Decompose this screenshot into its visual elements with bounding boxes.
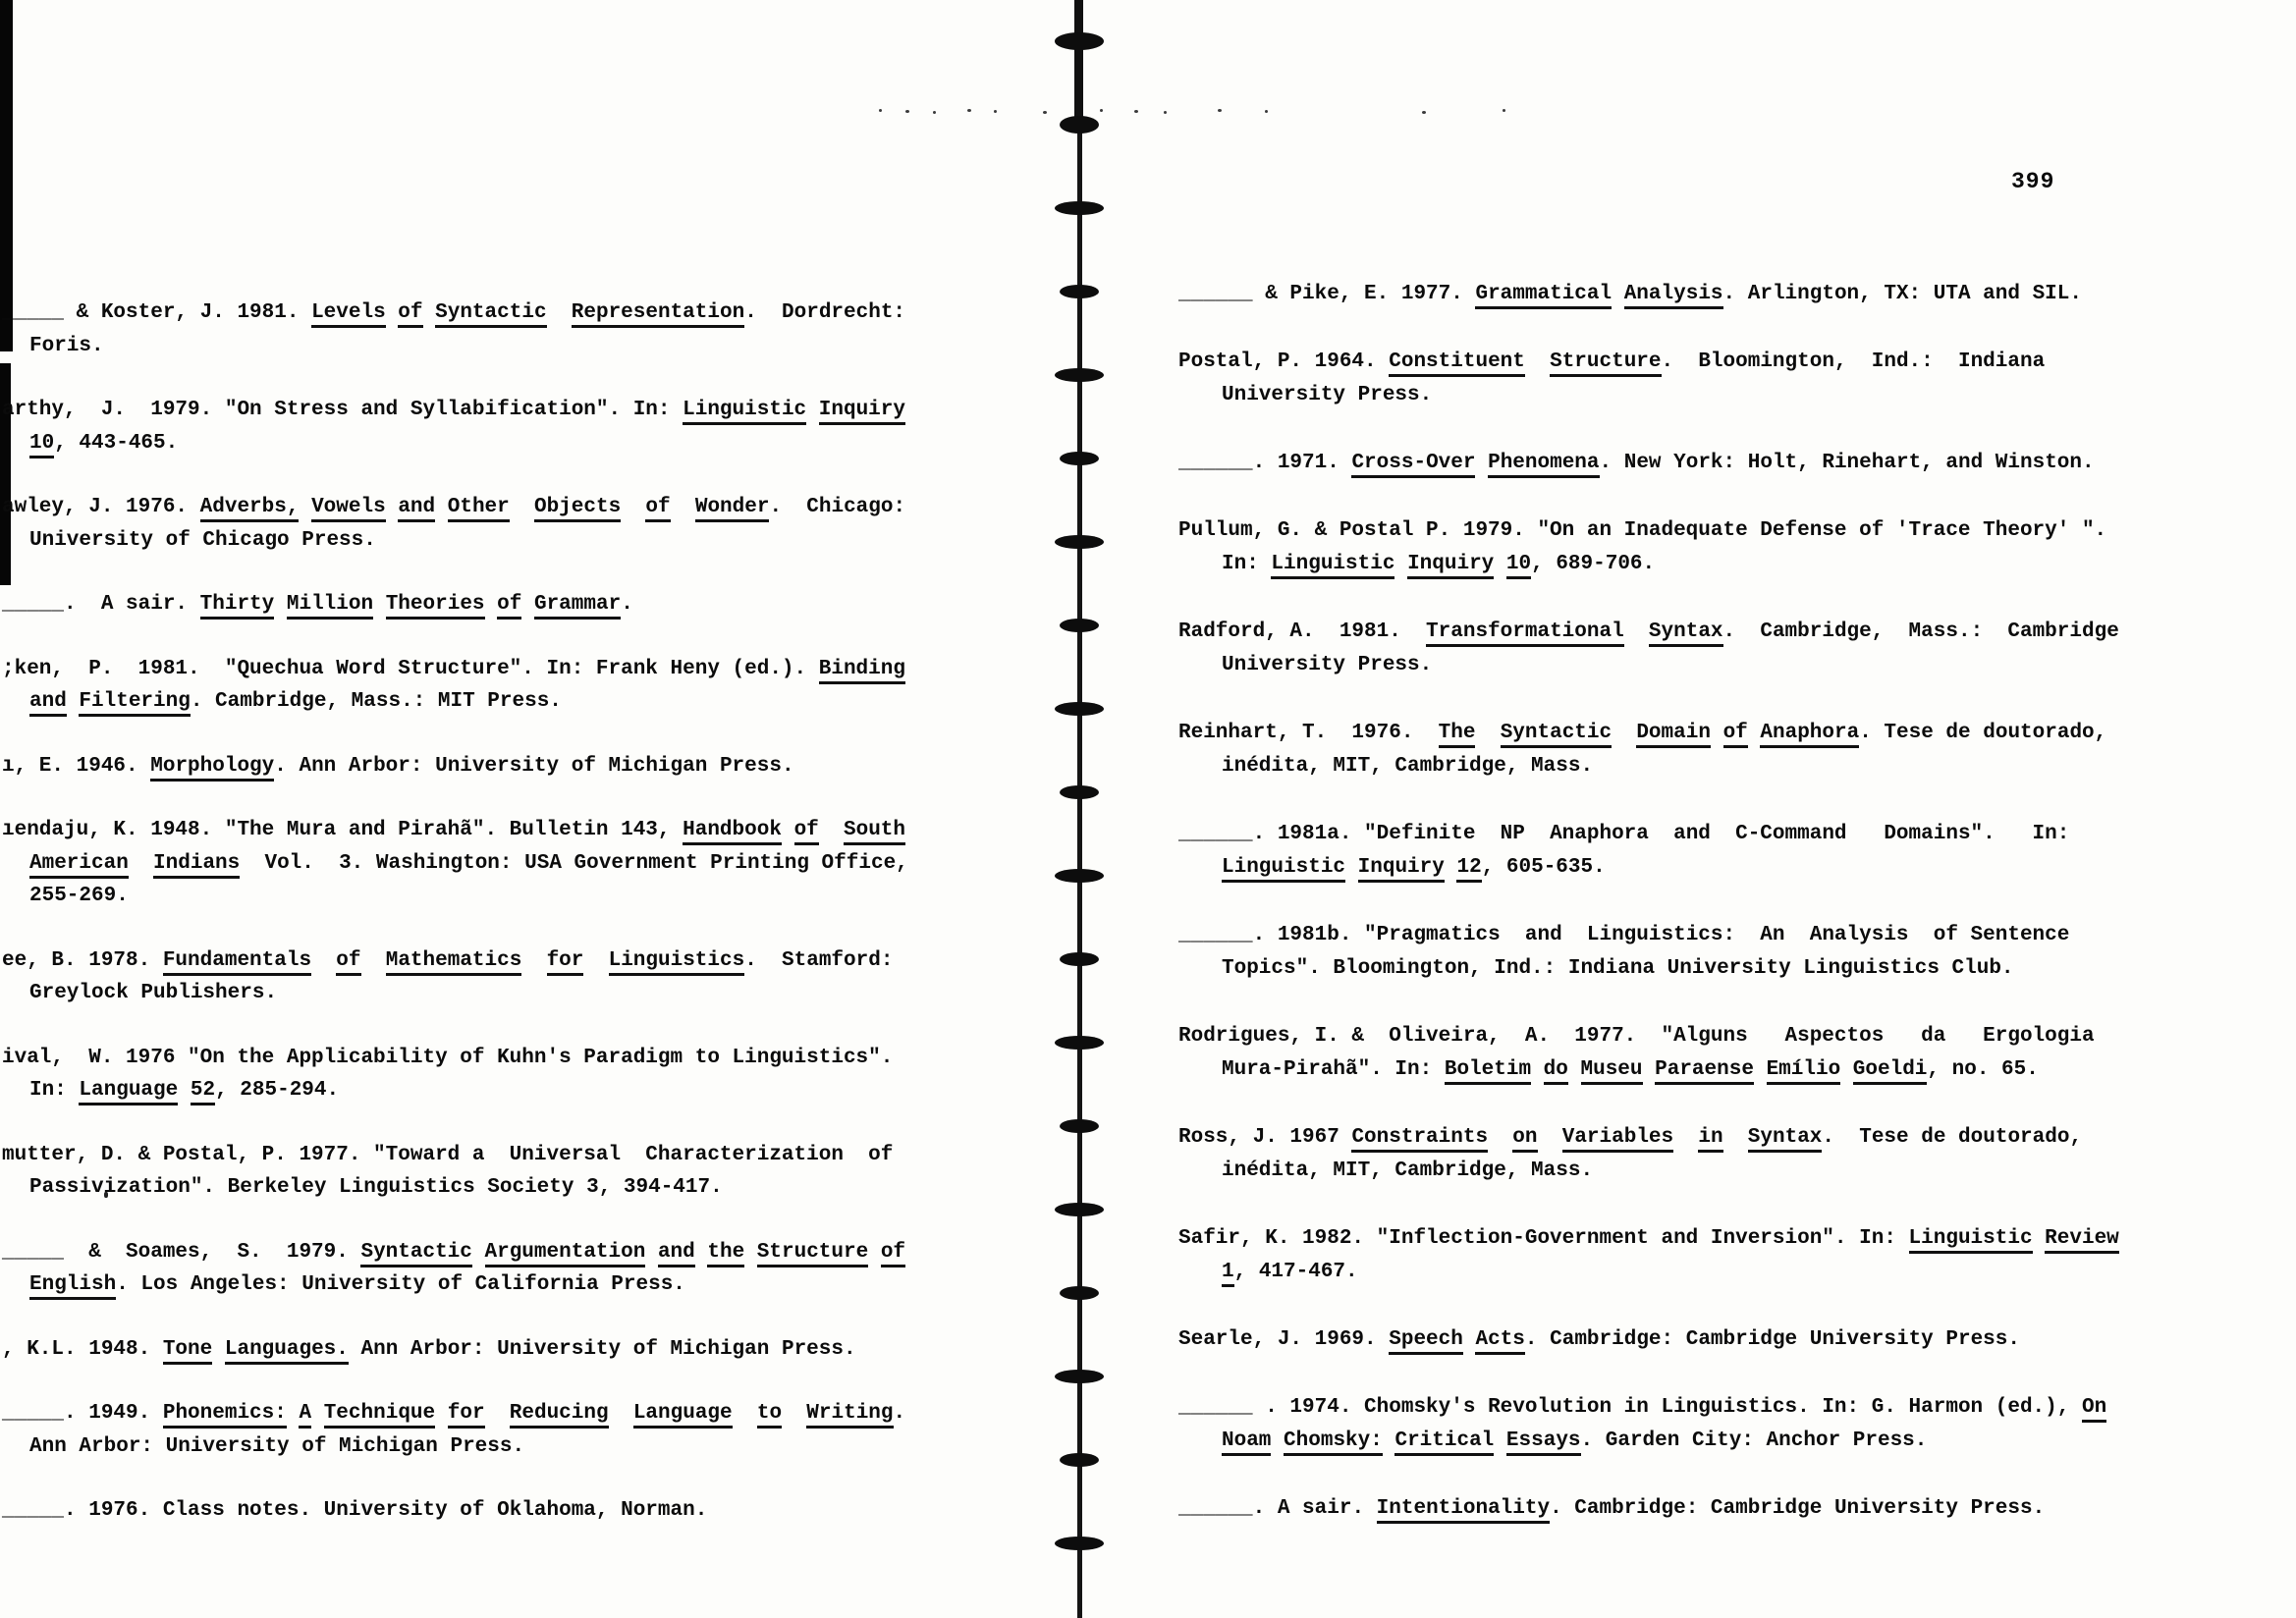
text-segment: In: xyxy=(1222,553,1271,575)
underlined-word: Chomsky: xyxy=(1284,1429,1383,1456)
reference-line: ;ken, P. 1981. "Quechua Word Structure".… xyxy=(2,653,935,686)
underlined-word: Inquiry xyxy=(1358,856,1445,883)
underlined-title: Linguistic Inquiry 10 xyxy=(1271,553,1531,579)
underlined-title: American Indians xyxy=(29,852,240,879)
text-segment: . Tese de doutorado, xyxy=(1822,1126,2082,1149)
reference-line: _____. A sair. Thirty Million Theories o… xyxy=(2,588,935,621)
binding-coil-icon xyxy=(1055,1203,1104,1216)
reference-line: awley, J. 1976. Adverbs, Vowels and Othe… xyxy=(2,491,935,524)
underlined-title: Fundamentals of Mathematics for Linguist… xyxy=(163,949,744,976)
reference-line: Topics". Bloomington, Ind.: Indiana Univ… xyxy=(1178,952,2288,986)
binding-coil-icon xyxy=(1055,1370,1104,1383)
underlined-word: and xyxy=(658,1241,695,1267)
underlined-word: Vowels xyxy=(311,496,386,522)
underlined-word: of xyxy=(398,301,422,328)
underlined-word: Structure xyxy=(757,1241,868,1267)
reference-line: Searle, J. 1969. Speech Acts. Cambridge:… xyxy=(1178,1323,2288,1357)
underlined-word: Essays xyxy=(1506,1429,1581,1456)
reference-line: Linguistic Inquiry 12, 605-635. xyxy=(1178,851,2288,885)
binding-coil-icon xyxy=(1055,1537,1104,1550)
binding-coil-icon xyxy=(1060,952,1099,966)
text-segment: ival, W. 1976 "On the Applicability of K… xyxy=(2,1047,893,1069)
reference-entry: _____ & Soames, S. 1979. Syntactic Argum… xyxy=(2,1236,935,1302)
underlined-title: Handbook of South xyxy=(683,819,905,845)
underlined-word: Handbook xyxy=(683,819,782,845)
binding-coil-icon xyxy=(1060,285,1099,298)
binding-coil-icon xyxy=(1055,869,1104,883)
underlined-word: Theories xyxy=(386,593,485,620)
right-column: ______ & Pike, E. 1977. Grammatical Anal… xyxy=(1178,278,2288,1560)
reference-entry: ______. A sair. Intentionality. Cambridg… xyxy=(1178,1492,2288,1526)
underlined-word: of xyxy=(497,593,521,620)
reference-line: _____ & Soames, S. 1979. Syntactic Argum… xyxy=(2,1236,935,1269)
text-segment: Mura-Pirahã". In: xyxy=(1222,1058,1445,1081)
reference-line: English. Los Angeles: University of Cali… xyxy=(2,1268,935,1302)
binding-coil-icon xyxy=(1055,201,1104,215)
rule-dot xyxy=(1134,110,1138,113)
reference-line: 255-269. xyxy=(2,880,935,913)
binding-coil-icon xyxy=(1055,1036,1104,1050)
text-segment: . 1949. xyxy=(64,1402,163,1425)
text-segment: University Press. xyxy=(1222,654,1432,676)
text-segment: ı, E. 1946. xyxy=(2,755,150,778)
underlined-word: Mathematics xyxy=(386,949,522,976)
text-segment: _____ xyxy=(2,1241,64,1264)
text-segment: _____ xyxy=(2,301,64,324)
underlined-word: Variables xyxy=(1562,1126,1673,1153)
text-segment: . Cambridge, Mass.: MIT Press. xyxy=(191,690,562,713)
reference-entry: _____. A sair. Thirty Million Theories o… xyxy=(2,588,935,621)
reference-entry: Searle, J. 1969. Speech Acts. Cambridge:… xyxy=(1178,1323,2288,1357)
reference-line: 1, 417-467. xyxy=(1178,1256,2288,1289)
underlined-word: the xyxy=(707,1241,744,1267)
page-number: 399 xyxy=(2011,169,2054,194)
underlined-word: Levels xyxy=(311,301,386,328)
text-segment: inédita, MIT, Cambridge, Mass. xyxy=(1222,755,1593,778)
binding-coil-icon xyxy=(1060,785,1099,799)
reference-line: Mura-Pirahã". In: Boletim do Museu Parae… xyxy=(1178,1053,2288,1087)
text-segment: . Stamford: xyxy=(744,949,893,972)
underlined-word: Grammatical xyxy=(1475,283,1612,309)
underlined-word: Phenomena xyxy=(1488,452,1599,478)
text-segment: . New York: Holt, Rinehart, and Winston. xyxy=(1600,452,2095,474)
underlined-word: Tone xyxy=(163,1338,212,1365)
rule-dot xyxy=(1422,111,1426,114)
underlined-title: 10 xyxy=(29,432,54,458)
underlined-word: On xyxy=(2082,1396,2106,1423)
binding-coil-icon xyxy=(1060,1286,1099,1300)
underlined-word: Syntactic xyxy=(360,1241,471,1267)
rule-dot xyxy=(1164,111,1167,114)
text-segment: . xyxy=(621,593,633,616)
underlined-title: Boletim do Museu Paraense Emílio Goeldi xyxy=(1445,1058,1928,1085)
text-segment: . Cambridge: Cambridge University Press. xyxy=(1525,1328,2020,1351)
reference-line: Noam Chomsky: Critical Essays. Garden Ci… xyxy=(1178,1425,2288,1458)
underlined-word: A xyxy=(299,1402,311,1429)
binding-coil-icon xyxy=(1060,1453,1099,1467)
underlined-word: Technique xyxy=(324,1402,435,1429)
reference-line: Radford, A. 1981. Transformational Synta… xyxy=(1178,616,2288,649)
text-segment: . Garden City: Anchor Press. xyxy=(1581,1429,1928,1452)
text-segment: . A sair. xyxy=(1253,1497,1377,1520)
underlined-word: Morphology xyxy=(150,755,274,782)
rule-dot xyxy=(1503,109,1505,112)
binding-line xyxy=(1074,0,1083,128)
reference-line: Safir, K. 1982. "Inflection-Government a… xyxy=(1178,1222,2288,1256)
text-segment: . Ann Arbor: University of Michigan Pres… xyxy=(274,755,793,778)
text-segment: . Arlington, TX: UTA and SIL. xyxy=(1723,283,2082,305)
underlined-word: of xyxy=(645,496,670,522)
text-segment: ______ xyxy=(1178,283,1253,305)
underlined-title: Binding xyxy=(819,658,905,684)
underlined-word: Syntax xyxy=(1649,620,1723,647)
rule-dot xyxy=(933,111,936,114)
text-segment: . 1981a. "Definite NP Anaphora and C-Com… xyxy=(1253,823,2070,845)
underlined-word: Syntactic xyxy=(435,301,546,328)
underlined-title: 1 xyxy=(1222,1261,1234,1287)
underlined-word: Linguistic xyxy=(1271,553,1394,579)
reference-line: ______. 1981b. "Pragmatics and Linguisti… xyxy=(1178,919,2288,952)
underlined-word: Goeldi xyxy=(1853,1058,1928,1085)
reference-line: Foris. xyxy=(2,330,935,363)
text-segment: ıendaju, K. 1948. "The Mura and Pirahã".… xyxy=(2,819,683,841)
reference-line: Ross, J. 1967 Constraints on Variables i… xyxy=(1178,1121,2288,1155)
underlined-word: The xyxy=(1439,722,1476,748)
reference-line: In: Linguistic Inquiry 10, 689-706. xyxy=(1178,548,2288,581)
rule-dot xyxy=(879,109,882,112)
underlined-word: of xyxy=(881,1241,905,1267)
reference-line: University of Chicago Press. xyxy=(2,524,935,558)
reference-line: ıendaju, K. 1948. "The Mura and Pirahã".… xyxy=(2,814,935,847)
underlined-title: English xyxy=(29,1273,116,1300)
text-segment: Pullum, G. & Postal P. 1979. "On an Inad… xyxy=(1178,519,2106,542)
text-segment: Postal, P. 1964. xyxy=(1178,351,1389,373)
underlined-title: Constraints on Variables in Syntax xyxy=(1351,1126,1822,1153)
underlined-word: Language xyxy=(633,1402,733,1429)
reference-entry: ;ken, P. 1981. "Quechua Word Structure".… xyxy=(2,653,935,719)
reference-entry: Radford, A. 1981. Transformational Synta… xyxy=(1178,616,2288,682)
underlined-title: Intentionality xyxy=(1377,1497,1550,1524)
underlined-word: Analysis xyxy=(1624,283,1723,309)
underlined-word: Boletim xyxy=(1445,1058,1531,1085)
underlined-word: to xyxy=(757,1402,782,1429)
text-segment: arthy, J. 1979. "On Stress and Syllabifi… xyxy=(2,399,683,421)
underlined-word: Representation xyxy=(572,301,744,328)
rule-dot xyxy=(1265,110,1268,113)
text-segment: Searle, J. 1969. xyxy=(1178,1328,1389,1351)
text-segment: . 1974. Chomsky's Revolution in Linguist… xyxy=(1253,1396,2082,1419)
text-segment: , 417-467. xyxy=(1234,1261,1358,1283)
reference-line: University Press. xyxy=(1178,649,2288,682)
text-segment: ______ xyxy=(1178,924,1253,946)
underlined-title: Speech Acts xyxy=(1389,1328,1525,1355)
rule-dot xyxy=(905,110,909,113)
underlined-word: Argumentation xyxy=(485,1241,646,1267)
text-segment: , K.L. 1948. xyxy=(2,1338,163,1361)
text-segment: _____ xyxy=(2,1499,64,1522)
reference-line: mutter, D. & Postal, P. 1977. "Toward a … xyxy=(2,1139,935,1172)
underlined-word: Cross-Over xyxy=(1351,452,1475,478)
text-segment: inédita, MIT, Cambridge, Mass. xyxy=(1222,1160,1593,1182)
reference-line: 10, 443-465. xyxy=(2,427,935,460)
reference-line: ______ & Pike, E. 1977. Grammatical Anal… xyxy=(1178,278,2288,311)
underlined-title: Language 52 xyxy=(79,1079,215,1106)
rule-dot xyxy=(1218,109,1222,112)
underlined-word: Adverbs, xyxy=(200,496,300,522)
underlined-word: English xyxy=(29,1273,116,1300)
binding-coil-icon xyxy=(1060,116,1099,134)
text-segment: . Los Angeles: University of California … xyxy=(116,1273,685,1296)
text-segment: Greylock Publishers. xyxy=(29,982,277,1004)
reference-line: Reinhart, T. 1976. The Syntactic Domain … xyxy=(1178,717,2288,750)
underlined-word: Inquiry xyxy=(1407,553,1494,579)
text-segment: . Cambridge: Cambridge University Press. xyxy=(1550,1497,2045,1520)
underlined-title: Constituent Structure xyxy=(1389,351,1661,377)
text-segment: ______ xyxy=(1178,823,1253,845)
underlined-word: Linguistic xyxy=(683,399,806,425)
underlined-word: Languages. xyxy=(225,1338,349,1365)
reference-line: inédita, MIT, Cambridge, Mass. xyxy=(1178,750,2288,783)
underlined-title: Levels of Syntactic Representation xyxy=(311,301,744,328)
underlined-word: Intentionality xyxy=(1377,1497,1550,1524)
underlined-title: Noam Chomsky: Critical Essays xyxy=(1222,1429,1581,1456)
underlined-word: Speech xyxy=(1389,1328,1463,1355)
text-segment: . Dordrecht: xyxy=(744,301,905,324)
underlined-word: Structure xyxy=(1550,351,1661,377)
underlined-word: 10 xyxy=(29,432,54,458)
underlined-word: of xyxy=(1723,722,1748,748)
reference-line: ival, W. 1976 "On the Applicability of K… xyxy=(2,1042,935,1075)
text-segment: awley, J. 1976. xyxy=(2,496,200,518)
underlined-word: Domain xyxy=(1636,722,1711,748)
reference-entry: ______. 1971. Cross-Over Phenomena. New … xyxy=(1178,447,2288,480)
text-segment: . 1976. Class notes. University of Oklah… xyxy=(64,1499,707,1522)
binding-coil-icon xyxy=(1055,535,1104,549)
text-segment: & Soames, S. 1979. xyxy=(64,1241,360,1264)
underlined-word: 1 xyxy=(1222,1261,1234,1287)
reference-line: Postal, P. 1964. Constituent Structure. … xyxy=(1178,346,2288,379)
underlined-word: Constituent xyxy=(1389,351,1525,377)
left-column: _____ & Koster, J. 1981. Levels of Synta… xyxy=(2,297,935,1559)
text-segment: Ann Arbor: University of Michigan Press. xyxy=(29,1435,524,1458)
reference-line: ______. A sair. Intentionality. Cambridg… xyxy=(1178,1492,2288,1526)
reference-line: Greylock Publishers. xyxy=(2,977,935,1010)
text-segment: Safir, K. 1982. "Inflection-Government a… xyxy=(1178,1227,1909,1250)
text-segment: _____ xyxy=(2,1402,64,1425)
underlined-word: Objects xyxy=(534,496,621,522)
reference-line: _____. 1976. Class notes. University of … xyxy=(2,1494,935,1528)
text-segment: & Koster, J. 1981. xyxy=(64,301,311,324)
underlined-title: Syntactic Argumentation and the Structur… xyxy=(360,1241,905,1267)
reference-entry: Safir, K. 1982. "Inflection-Government a… xyxy=(1178,1222,2288,1289)
reference-entry: Reinhart, T. 1976. The Syntactic Domain … xyxy=(1178,717,2288,783)
text-segment: , no. 65. xyxy=(1927,1058,2038,1081)
underlined-word: Indians xyxy=(153,852,240,879)
text-segment: Passivization". Berkeley Linguistics Soc… xyxy=(29,1176,723,1199)
underlined-word: Acts xyxy=(1475,1328,1524,1355)
text-segment: ;ken, P. 1981. "Quechua Word Structure".… xyxy=(2,658,819,680)
reference-line: ______. 1971. Cross-Over Phenomena. New … xyxy=(1178,447,2288,480)
text-segment: Reinhart, T. 1976. xyxy=(1178,722,1439,744)
underlined-word: Phonemics: xyxy=(163,1402,287,1429)
text-segment: ee, B. 1978. xyxy=(2,949,163,972)
underlined-title: Grammatical Analysis xyxy=(1475,283,1722,309)
text-segment: , 689-706. xyxy=(1531,553,1655,575)
text-segment: . Bloomington, Ind.: Indiana xyxy=(1662,351,2046,373)
rule-dot xyxy=(967,109,971,112)
reference-line: _____. 1949. Phonemics: A Technique for … xyxy=(2,1397,935,1430)
underlined-word: Linguistic xyxy=(1222,856,1345,883)
reference-entry: ıendaju, K. 1948. "The Mura and Pirahã".… xyxy=(2,814,935,913)
underlined-title: Tone Languages. xyxy=(163,1338,349,1365)
underlined-word: Binding xyxy=(819,658,905,684)
underlined-word: Other xyxy=(448,496,510,522)
underlined-word: Linguistic xyxy=(1909,1227,2033,1254)
reference-entry: ee, B. 1978. Fundamentals of Mathematics… xyxy=(2,944,935,1010)
binding-line xyxy=(1077,0,1082,1618)
underlined-word: Museu xyxy=(1581,1058,1643,1085)
underlined-word: Inquiry xyxy=(819,399,905,425)
underlined-word: in xyxy=(1698,1126,1722,1153)
binding-coil-icon xyxy=(1055,368,1104,382)
reference-entry: ______. 1981a. "Definite NP Anaphora and… xyxy=(1178,818,2288,885)
underlined-title: and Filtering xyxy=(29,690,191,717)
reference-entry: _____. 1976. Class notes. University of … xyxy=(2,1494,935,1528)
underlined-word: of xyxy=(794,819,819,845)
underlined-word: Review xyxy=(2045,1227,2119,1254)
reference-line: University Press. xyxy=(1178,379,2288,412)
text-segment: , 605-635. xyxy=(1482,856,1606,879)
reference-entry: _____. 1949. Phonemics: A Technique for … xyxy=(2,1397,935,1463)
binding-coil-icon xyxy=(1060,452,1099,465)
reference-line: _____ & Koster, J. 1981. Levels of Synta… xyxy=(2,297,935,330)
reference-entry: ______. 1981b. "Pragmatics and Linguisti… xyxy=(1178,919,2288,986)
text-segment: . xyxy=(894,1402,906,1425)
reference-line: Ann Arbor: University of Michigan Press. xyxy=(2,1430,935,1464)
underlined-word: Wonder xyxy=(695,496,770,522)
text-segment: Radford, A. 1981. xyxy=(1178,620,1426,643)
reference-entry: ______ & Pike, E. 1977. Grammatical Anal… xyxy=(1178,278,2288,311)
underlined-title: The Syntactic Domain of Anaphora xyxy=(1439,722,1860,748)
underlined-word: Language xyxy=(79,1079,178,1106)
text-segment: . A sair. xyxy=(64,593,200,616)
text-segment: , 443-465. xyxy=(54,432,178,455)
reference-entry: Pullum, G. & Postal P. 1979. "On an Inad… xyxy=(1178,514,2288,581)
binding-coil-icon xyxy=(1055,702,1104,716)
reference-entry: ı, E. 1946. Morphology. Ann Arbor: Unive… xyxy=(2,750,935,783)
underlined-word: 52 xyxy=(191,1079,215,1106)
reference-line: inédita, MIT, Cambridge, Mass. xyxy=(1178,1155,2288,1188)
underlined-word: Transformational xyxy=(1426,620,1624,647)
text-segment: In: xyxy=(29,1079,79,1102)
text-segment: . Chicago: xyxy=(769,496,905,518)
underlined-word: Reducing xyxy=(510,1402,609,1429)
text-segment: , 285-294. xyxy=(215,1079,339,1102)
text-segment: mutter, D. & Postal, P. 1977. "Toward a … xyxy=(2,1144,893,1166)
underlined-word: Syntax xyxy=(1748,1126,1823,1153)
underlined-title: Linguistic Inquiry 12 xyxy=(1222,856,1482,883)
text-segment: Foris. xyxy=(29,335,104,357)
reference-line: Rodrigues, I. & Oliveira, A. 1977. "Algu… xyxy=(1178,1020,2288,1053)
reference-line: ______. 1981a. "Definite NP Anaphora and… xyxy=(1178,818,2288,851)
underlined-word: American xyxy=(29,852,129,879)
rule-dot xyxy=(1100,109,1103,112)
text-segment: 255-269. xyxy=(29,885,129,907)
text-segment: _____ xyxy=(2,593,64,616)
text-segment: . Tese de doutorado, xyxy=(1859,722,2106,744)
binding-coil-icon xyxy=(1055,32,1104,50)
underlined-title: Thirty Million Theories of Grammar xyxy=(200,593,622,620)
underlined-word: Noam xyxy=(1222,1429,1271,1456)
underlined-word: do xyxy=(1544,1058,1568,1085)
underlined-title: Cross-Over Phenomena xyxy=(1351,452,1599,478)
text-segment: . 1981b. "Pragmatics and Linguistics: An… xyxy=(1253,924,2070,946)
underlined-title: Adverbs, Vowels and Other Objects of Won… xyxy=(200,496,770,522)
text-segment: Vol. 3. Washington: USA Government Print… xyxy=(240,852,908,875)
reference-line: and Filtering. Cambridge, Mass.: MIT Pre… xyxy=(2,685,935,719)
underlined-title: Linguistic Inquiry xyxy=(683,399,905,425)
text-segment: Topics". Bloomington, Ind.: Indiana Univ… xyxy=(1222,957,2014,980)
underlined-word: and xyxy=(398,496,435,522)
underlined-word: Syntactic xyxy=(1501,722,1612,748)
underlined-word: of xyxy=(336,949,360,976)
underlined-word: Grammar xyxy=(534,593,621,620)
underlined-word: and xyxy=(29,690,67,717)
underlined-word: Filtering xyxy=(79,690,190,717)
reference-entry: Rodrigues, I. & Oliveira, A. 1977. "Algu… xyxy=(1178,1020,2288,1087)
reference-entry: , K.L. 1948. Tone Languages. Ann Arbor: … xyxy=(2,1333,935,1367)
reference-entry: arthy, J. 1979. "On Stress and Syllabifi… xyxy=(2,394,935,459)
text-segment: . Cambridge, Mass.: Cambridge xyxy=(1723,620,2119,643)
underlined-title: Morphology xyxy=(150,755,274,782)
reference-line: In: Language 52, 285-294. xyxy=(2,1074,935,1107)
reference-entry: ival, W. 1976 "On the Applicability of K… xyxy=(2,1042,935,1107)
underlined-title: On xyxy=(2082,1396,2106,1423)
text-segment: Ross, J. 1967 xyxy=(1178,1126,1351,1149)
rule-dot xyxy=(1043,111,1047,114)
underlined-word: Emílio xyxy=(1767,1058,1841,1085)
underlined-word: 12 xyxy=(1456,856,1481,883)
underlined-word: Thirty xyxy=(200,593,275,620)
reference-line: , K.L. 1948. Tone Languages. Ann Arbor: … xyxy=(2,1333,935,1367)
underlined-word: on xyxy=(1512,1126,1537,1153)
text-segment: University of Chicago Press. xyxy=(29,529,376,552)
reference-line: ı, E. 1946. Morphology. Ann Arbor: Unive… xyxy=(2,750,935,783)
underlined-word: Linguistics xyxy=(609,949,745,976)
text-segment: Ann Arbor: University of Michigan Press. xyxy=(349,1338,856,1361)
text-segment: University Press. xyxy=(1222,384,1432,406)
text-segment: ______ xyxy=(1178,1396,1253,1419)
underlined-word: Constraints xyxy=(1351,1126,1488,1153)
binding-coil-icon xyxy=(1060,1119,1099,1133)
reference-line: Passivization". Berkeley Linguistics Soc… xyxy=(2,1171,935,1205)
reference-entry: awley, J. 1976. Adverbs, Vowels and Othe… xyxy=(2,491,935,557)
text-segment: ______ xyxy=(1178,452,1253,474)
reference-entry: mutter, D. & Postal, P. 1977. "Toward a … xyxy=(2,1139,935,1205)
reference-entry: Ross, J. 1967 Constraints on Variables i… xyxy=(1178,1121,2288,1188)
underlined-word: Critical xyxy=(1394,1429,1494,1456)
underlined-word: Million xyxy=(287,593,373,620)
text-segment: Rodrigues, I. & Oliveira, A. 1977. "Algu… xyxy=(1178,1025,2095,1048)
underlined-word: 10 xyxy=(1506,553,1531,579)
underlined-title: Linguistic Review xyxy=(1909,1227,2119,1254)
binding-coil-icon xyxy=(1060,619,1099,632)
underlined-word: Paraense xyxy=(1655,1058,1754,1085)
underlined-word: Writing xyxy=(806,1402,893,1429)
underlined-word: Anaphora xyxy=(1760,722,1859,748)
underlined-word: for xyxy=(547,949,584,976)
underlined-word: for xyxy=(448,1402,485,1429)
